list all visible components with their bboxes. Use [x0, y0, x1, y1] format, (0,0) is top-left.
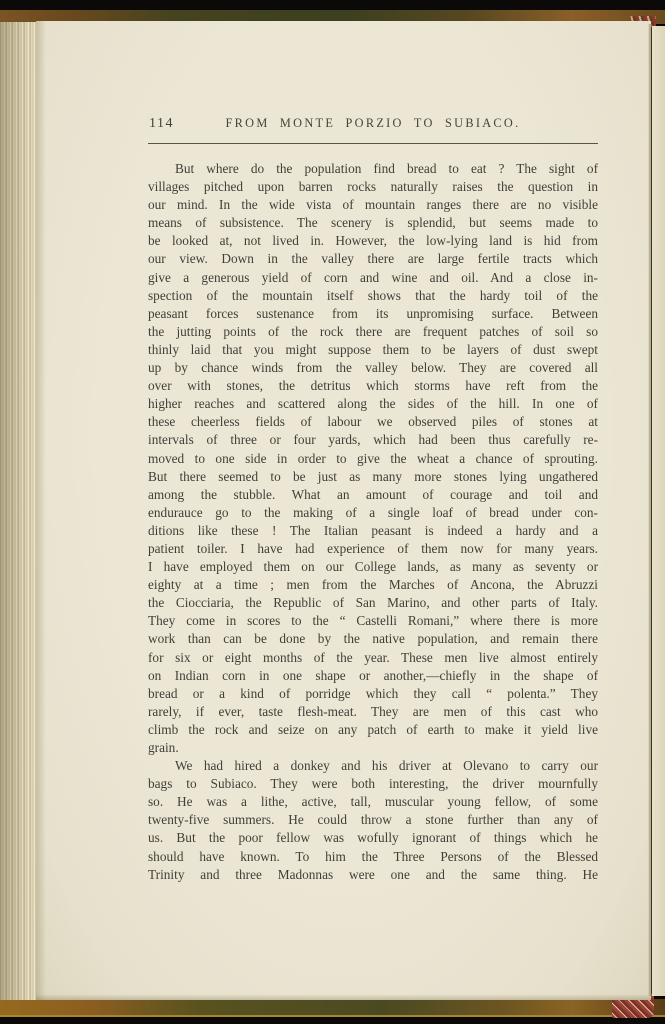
text-line: for six or eight months of the year. The… — [148, 649, 598, 667]
text-line: our view. Down in the valley there are l… — [148, 250, 598, 268]
paragraph: We had hired a donkey and his driver at … — [148, 757, 598, 884]
page-stack-left-edge — [0, 22, 40, 1000]
text-line: patient toiler. I have had experience of… — [148, 540, 598, 558]
text-body: But where do the population find bread t… — [148, 160, 598, 884]
text-line: so. He was a lithe, active, tall, muscul… — [148, 793, 598, 811]
text-line: ditions like these ! The Italian peasant… — [148, 522, 598, 540]
text-line: eighty at a time ; men from the Marches … — [148, 576, 598, 594]
text-line: We had hired a donkey and his driver at … — [148, 757, 598, 775]
page-header: 114 FROM MONTE PORZIO TO SUBIACO. — [148, 116, 598, 131]
text-line: among the stubble. What an amount of cou… — [148, 486, 598, 504]
text-line: over with stones, the detritus which sto… — [148, 377, 598, 395]
header-rule — [148, 143, 598, 144]
book-page: 114 FROM MONTE PORZIO TO SUBIACO. But wh… — [36, 21, 651, 1000]
text-line: villages pitched upon barren rocks natur… — [148, 178, 598, 196]
text-line: intervals of three or four yards, which … — [148, 431, 598, 449]
text-line: spection of the mountain itself shows th… — [148, 287, 598, 305]
text-line: grain. — [148, 739, 598, 757]
text-line: up by chance winds from the valley below… — [148, 359, 598, 377]
text-line: on Indian corn in one shape or another,—… — [148, 667, 598, 685]
text-line: thinly laid that you might suppose them … — [148, 341, 598, 359]
scanned-book-photo: 114 FROM MONTE PORZIO TO SUBIACO. But wh… — [0, 0, 665, 1024]
text-line: these cheerless fields of labour we obse… — [148, 413, 598, 431]
text-line: means of subsistence. The scenery is spl… — [148, 214, 598, 232]
text-line: But where do the population find bread t… — [148, 160, 598, 178]
page-content: 114 FROM MONTE PORZIO TO SUBIACO. But wh… — [148, 116, 598, 884]
text-line: endurauce go to the making of a single l… — [148, 504, 598, 522]
text-line: climb the rock and seize on any patch of… — [148, 721, 598, 739]
text-line: the Ciocciaria, the Republic of San Mari… — [148, 594, 598, 612]
text-line: should have known. To him the Three Pers… — [148, 848, 598, 866]
page-number: 114 — [149, 116, 174, 132]
running-header: FROM MONTE PORZIO TO SUBIACO. — [148, 116, 598, 131]
text-line: rarely, if ever, taste flesh-meat. They … — [148, 703, 598, 721]
page-right-edge-line — [648, 24, 652, 996]
text-line: peasant forces sustenance from its unpro… — [148, 305, 598, 323]
text-line: I have employed them on our College land… — [148, 558, 598, 576]
text-line: But there seemed to be just as many more… — [148, 468, 598, 486]
text-line: bread or a kind of porridge which they c… — [148, 685, 598, 703]
next-page-edge — [652, 26, 665, 996]
text-line: twenty-five summers. He could throw a st… — [148, 811, 598, 829]
text-line: higher reaches and scattered along the s… — [148, 395, 598, 413]
text-line: moved to one side in order to give the w… — [148, 450, 598, 468]
text-line: They come in scores to the “ Castelli Ro… — [148, 612, 598, 630]
text-line: the jutting points of the rock there are… — [148, 323, 598, 341]
text-line: work than can be done by the native popu… — [148, 630, 598, 648]
text-line: us. But the poor fellow was wofully igno… — [148, 829, 598, 847]
text-line: our mind. In the wide vista of mountain … — [148, 196, 598, 214]
text-line: bags to Subiaco. They were both interest… — [148, 775, 598, 793]
text-line: give a generous yield of corn and wine a… — [148, 269, 598, 287]
text-line: Trinity and three Madonnas were one and … — [148, 866, 598, 884]
paragraph: But where do the population find bread t… — [148, 160, 598, 757]
book-cover-bottom-edge — [0, 999, 665, 1017]
text-line: be looked at, not lived in. However, the… — [148, 232, 598, 250]
